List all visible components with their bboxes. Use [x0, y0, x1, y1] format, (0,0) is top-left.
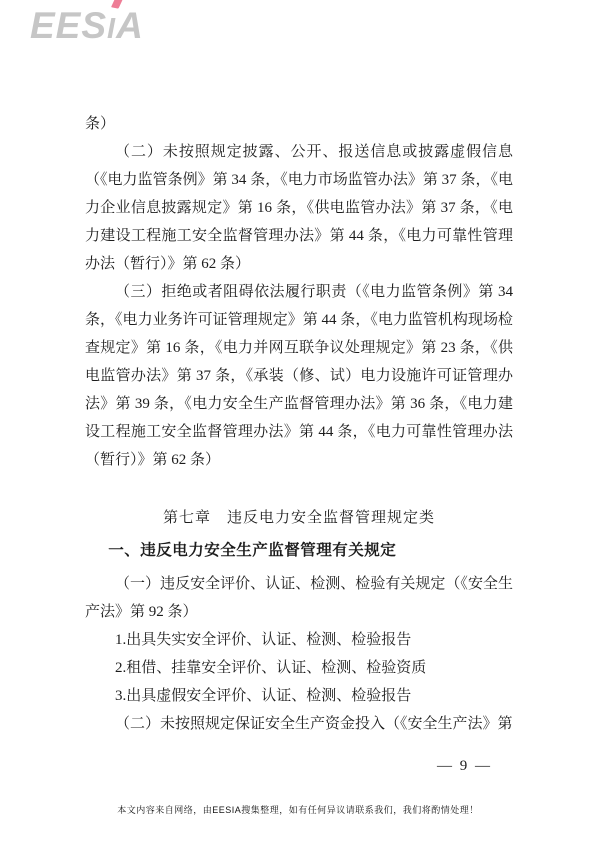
paragraph-evaluation: （一）违反安全评价、认证、检测、检验有关规定（《安全生产法》第 92 条）	[85, 570, 513, 626]
chapter-heading: 第七章 违反电力安全监督管理规定类	[85, 504, 513, 532]
document-page: EESIA 条） （二）未按照规定披露、公开、报送信息或披露虚假信息（《电力监管…	[0, 0, 596, 842]
paragraph-refusal: （三）拒绝或者阻碍依法履行职责（《电力监管条例》第 34 条，《电力业务许可证管…	[85, 278, 513, 474]
logo-text-suffix: A	[116, 5, 144, 46]
list-item: 2.租借、挂靠安全评价、认证、检测、检验资质	[85, 654, 513, 682]
paragraph-funds: （二）未按照规定保证安全生产资金投入（《安全生产法》第	[85, 710, 513, 738]
logo-text-prefix: EES	[30, 5, 107, 46]
footer-disclaimer: 本文内容来自网络，由EESIA搜集整理，如有任何异议请联系我们，我们将酌情处理！	[0, 803, 596, 817]
eesia-logo: EESIA	[30, 6, 144, 49]
page-number: — 9 —	[437, 752, 492, 780]
logo-i-glyph: I	[107, 13, 116, 45]
continuation-line: 条）	[85, 110, 513, 138]
paragraph-disclosure: （二）未按照规定披露、公开、报送信息或披露虚假信息（《电力监管条例》第 34 条…	[85, 138, 513, 278]
section-heading: 一、违反电力安全生产监督管理有关规定	[85, 537, 513, 565]
list-item: 3.出具虚假安全评价、认证、检测、检验报告	[85, 682, 513, 710]
list-item: 1.出具失实安全评价、认证、检测、检验报告	[85, 626, 513, 654]
document-body: 条） （二）未按照规定披露、公开、报送信息或披露虚假信息（《电力监管条例》第 3…	[85, 110, 513, 738]
logo-letter-i: I	[107, 9, 116, 49]
